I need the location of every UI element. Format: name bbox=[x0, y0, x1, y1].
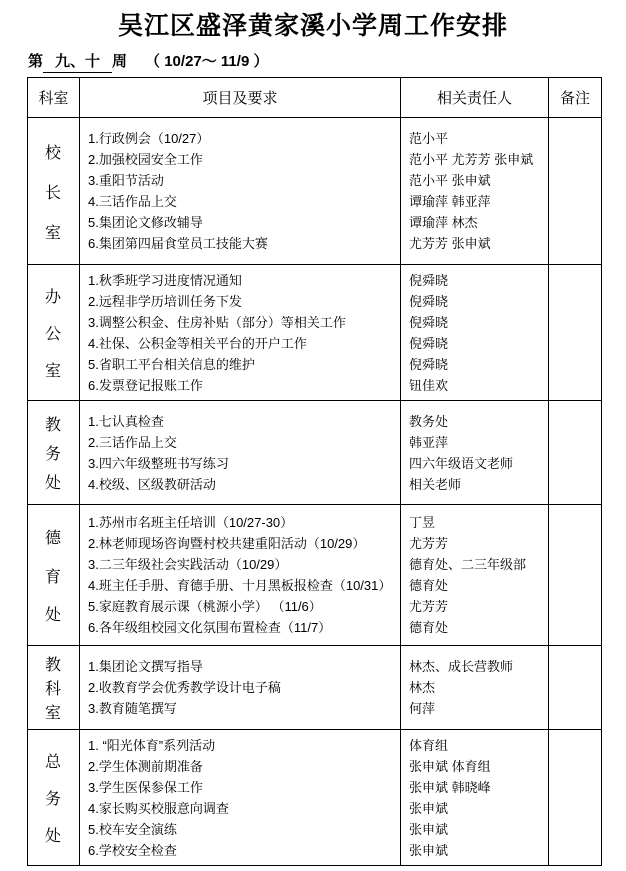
item-line: 3.学生医保参保工作 bbox=[88, 777, 396, 798]
department-char: 科 bbox=[45, 676, 62, 699]
item-line: 1. “阳光体育”系列活动 bbox=[88, 735, 396, 756]
person-line: 张申斌 bbox=[409, 798, 544, 819]
table-row: 总务处1. “阳光体育”系列活动2.学生体测前期准备3.学生医保参保工作4.家长… bbox=[28, 730, 602, 866]
person-line: 范小平 尤芳芳 张申斌 bbox=[409, 149, 544, 170]
item-line: 3.调整公积金、住房补贴（部分）等相关工作 bbox=[88, 312, 396, 333]
table-header: 科室项目及要求相关责任人备注 bbox=[28, 78, 602, 118]
person-line: 范小平 张申斌 bbox=[409, 170, 544, 191]
person-line: 倪舜晓 bbox=[409, 270, 544, 291]
person-line: 韩亚萍 bbox=[409, 432, 544, 453]
table-row: 办公室1.秋季班学习进度情况通知2.远程非学历培训任务下发3.调整公积金、住房补… bbox=[28, 265, 602, 401]
department-char: 教 bbox=[45, 412, 62, 435]
item-line: 1.秋季班学习进度情况通知 bbox=[88, 270, 396, 291]
persons-cell: 范小平范小平 尤芳芳 张申斌范小平 张申斌谭瑜萍 韩亚萍谭瑜萍 林杰尤芳芳 张申… bbox=[401, 118, 549, 265]
item-line: 5.集团论文修改辅导 bbox=[88, 212, 396, 233]
persons-cell: 丁昱尤芳芳德育处、二三年级部德育处尤芳芳德育处 bbox=[401, 505, 549, 646]
items-cell: 1. “阳光体育”系列活动2.学生体测前期准备3.学生医保参保工作4.家长购买校… bbox=[80, 730, 401, 866]
item-line: 1.行政例会（10/27） bbox=[88, 128, 396, 149]
department-char: 处 bbox=[45, 602, 62, 625]
item-line: 2.加强校园安全工作 bbox=[88, 149, 396, 170]
col-header-items: 项目及要求 bbox=[80, 78, 401, 118]
remark-cell bbox=[549, 265, 602, 401]
item-line: 3.重阳节活动 bbox=[88, 170, 396, 191]
department-cell: 教务处 bbox=[28, 401, 80, 505]
remark-cell bbox=[549, 118, 602, 265]
table-row: 教务处1.七认真检查2.三话作品上交3.四六年级整班书写练习4.校级、区级教研活… bbox=[28, 401, 602, 505]
person-line: 张申斌 体育组 bbox=[409, 756, 544, 777]
department-char: 室 bbox=[45, 358, 62, 381]
document-page: 吴江区盛泽黄家溪小学周工作安排 第九、十周（ 10/27～ 11/9 ） 科室项… bbox=[0, 0, 626, 871]
item-line: 1.集团论文撰写指导 bbox=[88, 656, 396, 677]
item-line: 6.集团第四届食堂员工技能大赛 bbox=[88, 233, 396, 254]
person-line: 林杰 bbox=[409, 677, 544, 698]
table-row: 德育处1.苏州市名班主任培训（10/27-30）2.林老师现场咨询暨村校共建重阳… bbox=[28, 505, 602, 646]
item-line: 4.社保、公积金等相关平台的开户工作 bbox=[88, 333, 396, 354]
department-char: 校 bbox=[45, 140, 62, 163]
week-suffix: 周 bbox=[112, 53, 127, 70]
week-number: 九、十 bbox=[43, 50, 112, 73]
person-line: 体育组 bbox=[409, 735, 544, 756]
department-label: 德育处 bbox=[28, 510, 79, 641]
item-line: 5.家庭教育展示课（桃源小学） （11/6） bbox=[88, 596, 396, 617]
person-line: 倪舜晓 bbox=[409, 312, 544, 333]
department-cell: 校长室 bbox=[28, 118, 80, 265]
person-line: 张申斌 bbox=[409, 819, 544, 840]
remark-cell bbox=[549, 646, 602, 730]
person-line: 丁昱 bbox=[409, 512, 544, 533]
weekly-schedule-table: 科室项目及要求相关责任人备注 校长室1.行政例会（10/27）2.加强校园安全工… bbox=[27, 77, 602, 866]
department-label: 教务处 bbox=[28, 406, 79, 500]
remark-cell bbox=[549, 730, 602, 866]
department-char: 办 bbox=[45, 284, 62, 307]
person-line: 德育处 bbox=[409, 575, 544, 596]
item-line: 2.学生体测前期准备 bbox=[88, 756, 396, 777]
person-line: 尤芳芳 张申斌 bbox=[409, 233, 544, 254]
department-char: 公 bbox=[45, 321, 62, 344]
persons-cell: 倪舜晓倪舜晓倪舜晓倪舜晓倪舜晓钮佳欢 bbox=[401, 265, 549, 401]
persons-cell: 林杰、成长营教师林杰何萍 bbox=[401, 646, 549, 730]
department-char: 长 bbox=[45, 180, 62, 203]
remark-cell bbox=[549, 505, 602, 646]
items-cell: 1.集团论文撰写指导2.收教育学会优秀教学设计电子稿3.教育随笔撰写 bbox=[80, 646, 401, 730]
item-line: 5.省职工平台相关信息的维护 bbox=[88, 354, 396, 375]
item-line: 2.收教育学会优秀教学设计电子稿 bbox=[88, 677, 396, 698]
col-header-persons: 相关责任人 bbox=[401, 78, 549, 118]
item-line: 1.苏州市名班主任培训（10/27-30） bbox=[88, 512, 396, 533]
department-label: 教科室 bbox=[28, 651, 79, 725]
person-line: 尤芳芳 bbox=[409, 596, 544, 617]
department-label: 总务处 bbox=[28, 735, 79, 861]
item-line: 2.林老师现场咨询暨村校共建重阳活动（10/29） bbox=[88, 533, 396, 554]
person-line: 何萍 bbox=[409, 698, 544, 719]
person-line: 钮佳欢 bbox=[409, 375, 544, 396]
person-line: 德育处、二三年级部 bbox=[409, 554, 544, 575]
person-line: 尤芳芳 bbox=[409, 533, 544, 554]
department-char: 总 bbox=[45, 749, 62, 772]
persons-cell: 教务处韩亚萍四六年级语文老师相关老师 bbox=[401, 401, 549, 505]
col-header-department: 科室 bbox=[28, 78, 80, 118]
department-char: 德 bbox=[45, 525, 62, 548]
person-line: 张申斌 bbox=[409, 840, 544, 861]
person-line: 四六年级语文老师 bbox=[409, 453, 544, 474]
item-line: 2.远程非学历培训任务下发 bbox=[88, 291, 396, 312]
item-line: 4.班主任手册、育德手册、十月黑板报检查（10/31） bbox=[88, 575, 396, 596]
department-label: 办公室 bbox=[28, 270, 79, 396]
department-label: 校长室 bbox=[28, 123, 79, 260]
item-line: 2.三话作品上交 bbox=[88, 432, 396, 453]
department-cell: 办公室 bbox=[28, 265, 80, 401]
remark-cell bbox=[549, 401, 602, 505]
items-cell: 1.行政例会（10/27）2.加强校园安全工作3.重阳节活动4.三话作品上交5.… bbox=[80, 118, 401, 265]
header-row: 科室项目及要求相关责任人备注 bbox=[28, 78, 602, 118]
item-line: 4.三话作品上交 bbox=[88, 191, 396, 212]
department-char: 务 bbox=[45, 441, 62, 464]
items-cell: 1.苏州市名班主任培训（10/27-30）2.林老师现场咨询暨村校共建重阳活动（… bbox=[80, 505, 401, 646]
item-line: 1.七认真检查 bbox=[88, 411, 396, 432]
person-line: 德育处 bbox=[409, 617, 544, 638]
week-line: 第九、十周（ 10/27～ 11/9 ） bbox=[28, 50, 626, 73]
item-line: 6.发票登记报账工作 bbox=[88, 375, 396, 396]
department-char: 室 bbox=[45, 220, 62, 243]
person-line: 倪舜晓 bbox=[409, 291, 544, 312]
item-line: 4.校级、区级教研活动 bbox=[88, 474, 396, 495]
persons-cell: 体育组张申斌 体育组张申斌 韩晓峰张申斌张申斌张申斌 bbox=[401, 730, 549, 866]
department-cell: 总务处 bbox=[28, 730, 80, 866]
department-cell: 德育处 bbox=[28, 505, 80, 646]
person-line: 教务处 bbox=[409, 411, 544, 432]
item-line: 6.各年级组校园文化氛围布置检查（11/7） bbox=[88, 617, 396, 638]
department-char: 育 bbox=[45, 564, 62, 587]
item-line: 3.四六年级整班书写练习 bbox=[88, 453, 396, 474]
item-line: 6.学校安全检查 bbox=[88, 840, 396, 861]
item-line: 4.家长购买校服意向调查 bbox=[88, 798, 396, 819]
items-cell: 1.秋季班学习进度情况通知2.远程非学历培训任务下发3.调整公积金、住房补贴（部… bbox=[80, 265, 401, 401]
department-char: 处 bbox=[45, 823, 62, 846]
person-line: 谭瑜萍 韩亚萍 bbox=[409, 191, 544, 212]
col-header-remark: 备注 bbox=[549, 78, 602, 118]
person-line: 林杰、成长营教师 bbox=[409, 656, 544, 677]
items-cell: 1.七认真检查2.三话作品上交3.四六年级整班书写练习4.校级、区级教研活动 bbox=[80, 401, 401, 505]
person-line: 张申斌 韩晓峰 bbox=[409, 777, 544, 798]
item-line: 5.校车安全演练 bbox=[88, 819, 396, 840]
person-line: 相关老师 bbox=[409, 474, 544, 495]
date-range: （ 10/27～ 11/9 ） bbox=[145, 53, 268, 70]
department-char: 务 bbox=[45, 786, 62, 809]
week-prefix: 第 bbox=[28, 53, 43, 70]
item-line: 3.教育随笔撰写 bbox=[88, 698, 396, 719]
person-line: 谭瑜萍 林杰 bbox=[409, 212, 544, 233]
department-cell: 教科室 bbox=[28, 646, 80, 730]
person-line: 倪舜晓 bbox=[409, 354, 544, 375]
table-body: 校长室1.行政例会（10/27）2.加强校园安全工作3.重阳节活动4.三话作品上… bbox=[28, 118, 602, 866]
person-line: 倪舜晓 bbox=[409, 333, 544, 354]
table-row: 校长室1.行政例会（10/27）2.加强校园安全工作3.重阳节活动4.三话作品上… bbox=[28, 118, 602, 265]
table-row: 教科室1.集团论文撰写指导2.收教育学会优秀教学设计电子稿3.教育随笔撰写林杰、… bbox=[28, 646, 602, 730]
department-char: 室 bbox=[45, 700, 62, 723]
person-line: 范小平 bbox=[409, 128, 544, 149]
department-char: 处 bbox=[45, 470, 62, 493]
page-title: 吴江区盛泽黄家溪小学周工作安排 bbox=[0, 6, 626, 42]
department-char: 教 bbox=[45, 652, 62, 675]
item-line: 3.二三年级社会实践活动（10/29） bbox=[88, 554, 396, 575]
